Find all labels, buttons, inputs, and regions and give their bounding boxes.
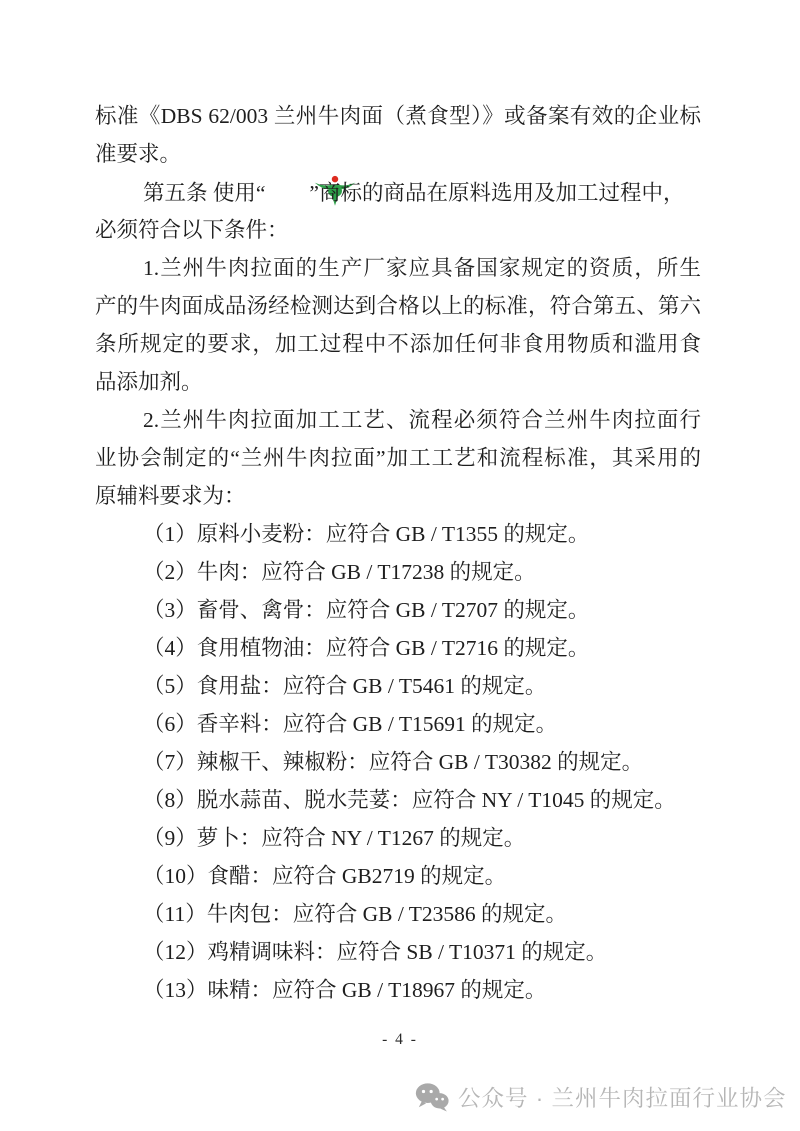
text-line: 产的牛肉面成品汤经检测达到合格以上的标准，符合第五、第六 <box>95 287 701 325</box>
wechat-watermark: 公众号 · 兰州牛肉拉面行业协会 <box>415 1081 787 1113</box>
list-item: （6）香辛料：应符合 GB / T15691 的规定。 <box>95 705 701 743</box>
list-item: （4）食用植物油：应符合 GB / T2716 的规定。 <box>95 629 701 667</box>
list-item: （1）原料小麦粉：应符合 GB / T1355 的规定。 <box>95 515 701 553</box>
text-line: 条所规定的要求，加工过程中不添加任何非食用物质和滥用食 <box>95 325 701 363</box>
watermark-text: 公众号 · 兰州牛肉拉面行业协会 <box>458 1081 787 1113</box>
article5-post-text: ”商标的商品在原料选用及加工过程中， <box>309 181 684 205</box>
text-line: 2.兰州牛肉拉面加工工艺、流程必须符合兰州牛肉拉面行 <box>95 401 701 439</box>
list-item: （7）辣椒干、辣椒粉：应符合 GB / T30382 的规定。 <box>95 743 701 781</box>
list-item: （5）食用盐：应符合 GB / T5461 的规定。 <box>95 667 701 705</box>
list-item: （8）脱水蒜苗、脱水芫荽：应符合 NY / T1045 的规定。 <box>95 781 701 819</box>
list-item: （10）食醋：应符合 GB2719 的规定。 <box>95 857 701 895</box>
list-item: （13）味精：应符合 GB / T18967 的规定。 <box>95 971 701 1009</box>
page-number: - 4 - <box>0 1031 800 1049</box>
text-line: 品添加剂。 <box>95 363 701 401</box>
list-item: （11）牛肉包：应符合 GB / T23586 的规定。 <box>95 895 701 933</box>
wechat-icon <box>415 1082 449 1112</box>
text-line: 标准《DBS 62/003 兰州牛肉面（煮食型）》或备案有效的企业标 <box>95 97 701 135</box>
trademark-logo-icon <box>266 173 308 209</box>
article5-pre-text: 第五条 使用“ <box>143 181 265 205</box>
text-line: 业协会制定的“兰州牛肉拉面”加工工艺和流程标准，其采用的 <box>95 439 701 477</box>
text-line-article5: 第五条 使用“ ”商标的商品在原料选用及加工过程中， <box>95 173 701 211</box>
list-item: （2）牛肉：应符合 GB / T17238 的规定。 <box>95 553 701 591</box>
text-line: 原辅料要求为： <box>95 477 701 515</box>
text-line: 1.兰州牛肉拉面的生产厂家应具备国家规定的资质，所生 <box>95 249 701 287</box>
list-item: （9）萝卜：应符合 NY / T1267 的规定。 <box>95 819 701 857</box>
list-item: （3）畜骨、禽骨：应符合 GB / T2707 的规定。 <box>95 591 701 629</box>
list-item: （12）鸡精调味料：应符合 SB / T10371 的规定。 <box>95 933 701 971</box>
text-line: 必须符合以下条件： <box>95 211 701 249</box>
document-body: 标准《DBS 62/003 兰州牛肉面（煮食型）》或备案有效的企业标 准要求。 … <box>95 97 701 1009</box>
text-line: 准要求。 <box>95 135 701 173</box>
document-page: 标准《DBS 62/003 兰州牛肉面（煮食型）》或备案有效的企业标 准要求。 … <box>0 0 800 1131</box>
